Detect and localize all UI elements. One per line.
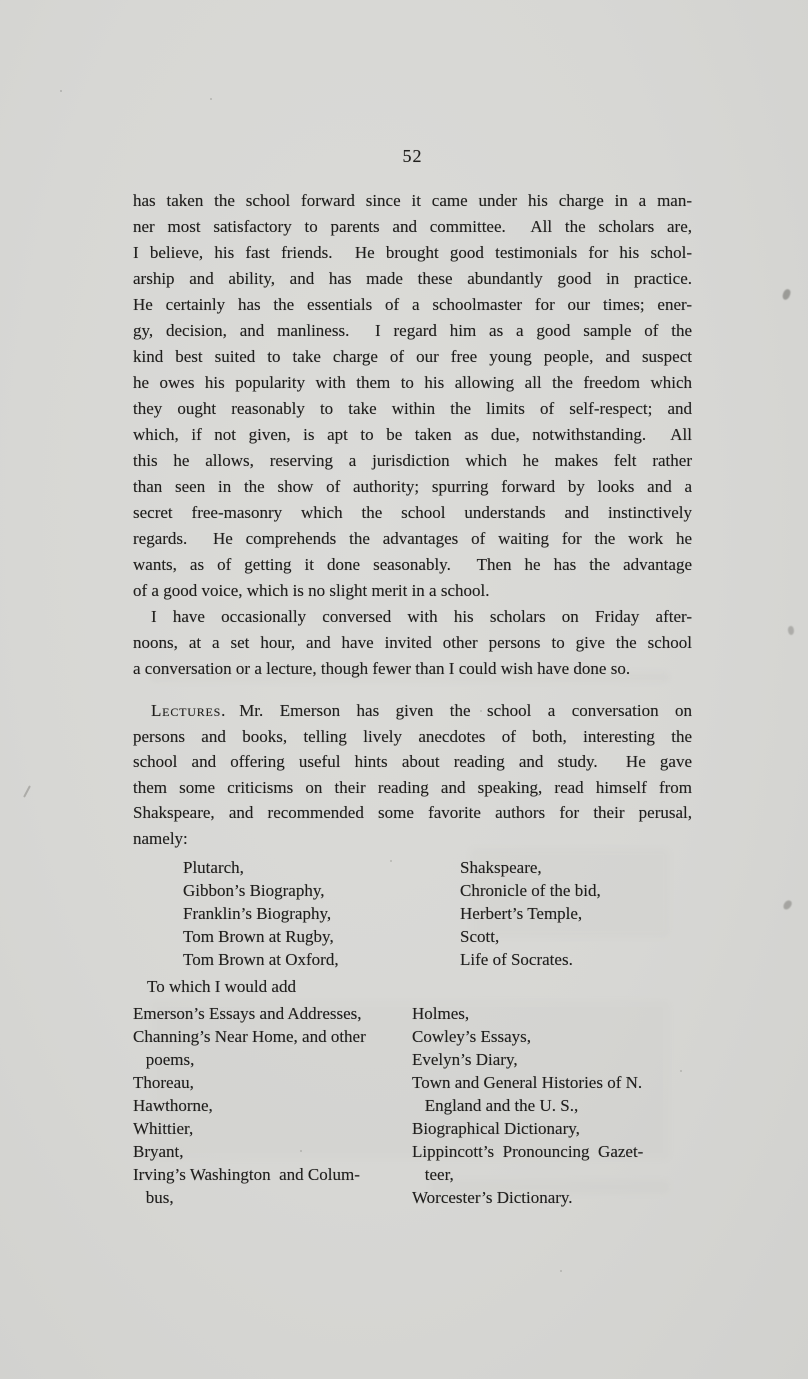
reading-list-right-item: Scott,	[460, 925, 692, 948]
reading-list-row: Emerson’s Essays and Addresses, Holmes,	[133, 1002, 692, 1025]
text-line: has taken the school forward since it ca…	[133, 188, 692, 214]
paper-dust-specks	[60, 90, 62, 92]
reading-list-right-item: teer,	[412, 1163, 692, 1186]
text-line: gy, decision, and manliness. I regard hi…	[133, 318, 692, 344]
reading-list-right-item: England and the U. S.,	[412, 1094, 692, 1117]
body-text-column: has taken the school forward since it ca…	[133, 188, 692, 1209]
reading-list-left-item: Hawthorne,	[133, 1094, 412, 1117]
reading-list-right-item: Life of Socrates.	[460, 948, 692, 971]
paragraph-continuation: has taken the school forward since it ca…	[133, 188, 692, 604]
text-line: than seen in the show of authority; spur…	[133, 474, 692, 500]
reading-list-left-item: Bryant,	[133, 1140, 412, 1163]
reading-list-left-item: Thoreau,	[133, 1071, 412, 1094]
reading-list-right-item: Biographical Dictionary,	[412, 1117, 692, 1140]
reading-list-right-item: Evelyn’s Diary,	[412, 1048, 692, 1071]
lectures-first-line-rest: Mr. Emerson has given the school a conve…	[239, 701, 692, 720]
scan-artifact	[787, 625, 795, 635]
reading-list-right-item: Cowley’s Essays,	[412, 1025, 692, 1048]
reading-list-left-item: poems,	[133, 1048, 412, 1071]
reading-list-left-item: Irving’s Washington and Colum-	[133, 1163, 412, 1186]
text-line: He certainly has the essentials of a sch…	[133, 292, 692, 318]
lectures-lines: persons and books, telling lively anecdo…	[133, 724, 692, 852]
reading-list-row: Gibbon’s Biography, Chronicle of the bid…	[183, 879, 692, 902]
text-line: arship and ability, and has made these a…	[133, 266, 692, 292]
reading-list-left-item: Gibbon’s Biography,	[183, 879, 460, 902]
text-line: kind best suited to take charge of our f…	[133, 344, 692, 370]
reading-list-right-item: Holmes,	[412, 1002, 692, 1025]
reading-list-row: Thoreau, Town and General Histories of N…	[133, 1071, 692, 1094]
text-line: them some criticisms on their reading an…	[133, 775, 692, 801]
reading-list-left-item: Franklin’s Biography,	[183, 902, 460, 925]
text-line: I have occasionally conversed with his s…	[133, 604, 692, 630]
reading-list-row: Irving’s Washington and Colum- teer,	[133, 1163, 692, 1186]
text-line: of a good voice, which is no slight meri…	[133, 578, 692, 604]
text-line: noons, at a set hour, and have invited o…	[133, 630, 692, 656]
reading-list-right-item: Lippincott’s Pronouncing Gazet-	[412, 1140, 692, 1163]
lectures-first-line: Lectures.Mr. Emerson has given the schoo…	[133, 698, 692, 724]
page-number: 52	[133, 146, 692, 167]
lectures-heading: Lectures.	[151, 701, 226, 720]
text-line: Shakspeare, and recommended some favorit…	[133, 800, 692, 826]
reading-list-row: Plutarch, Shakspeare,	[183, 856, 692, 879]
text-line: namely:	[133, 826, 692, 852]
text-line: they ought reasonably to take within the…	[133, 396, 692, 422]
reading-list-row: Franklin’s Biography, Herbert’s Temple,	[183, 902, 692, 925]
additional-reading-list: Emerson’s Essays and Addresses, Holmes, …	[133, 1002, 692, 1209]
paragraph-conversed: I have occasionally conversed with his s…	[133, 604, 692, 682]
scanned-book-page: 52 has taken the school forward since it…	[0, 0, 808, 1379]
reading-list-left-item: Tom Brown at Rugby,	[183, 925, 460, 948]
reading-list-row: Tom Brown at Rugby, Scott,	[183, 925, 692, 948]
text-line: which, if not given, is apt to be taken …	[133, 422, 692, 448]
reading-list-right-item: Town and General Histories of N.	[412, 1071, 692, 1094]
reading-list-row: Whittier, Biographical Dictionary,	[133, 1117, 692, 1140]
text-line: wants, as of getting it done seasonably.…	[133, 552, 692, 578]
text-line: persons and books, telling lively anecdo…	[133, 724, 692, 750]
reading-list-right-item: Herbert’s Temple,	[460, 902, 692, 925]
reading-list-row: Channing’s Near Home, and other Cowley’s…	[133, 1025, 692, 1048]
reading-list-left-item: Plutarch,	[183, 856, 460, 879]
reading-list-left-item: Channing’s Near Home, and other	[133, 1025, 412, 1048]
text-line: regards. He comprehends the advantages o…	[133, 526, 692, 552]
text-line: this he allows, reserving a jurisdiction…	[133, 448, 692, 474]
text-line: I believe, his fast friends. He brought …	[133, 240, 692, 266]
text-line: he owes his popularity with them to his …	[133, 370, 692, 396]
text-line: school and offering useful hints about r…	[133, 749, 692, 775]
reading-list-right-item: Worcester’s Dictionary.	[412, 1186, 692, 1209]
reading-list-row: bus, Worcester’s Dictionary.	[133, 1186, 692, 1209]
lectures-paragraph: Lectures.Mr. Emerson has given the schoo…	[133, 698, 692, 851]
reading-list-right-item: Shakspeare,	[460, 856, 692, 879]
reading-list-left-item: Emerson’s Essays and Addresses,	[133, 1002, 412, 1025]
text-line: secret free-masonry which the school und…	[133, 500, 692, 526]
text-line: ner most satisfactory to parents and com…	[133, 214, 692, 240]
reading-list-row: Hawthorne, England and the U. S.,	[133, 1094, 692, 1117]
scan-artifact	[782, 899, 793, 911]
reading-list-row: poems, Evelyn’s Diary,	[133, 1048, 692, 1071]
reading-list-left-item: Whittier,	[133, 1117, 412, 1140]
recommended-reading-list: Plutarch, Shakspeare, Gibbon’s Biography…	[133, 856, 692, 971]
reading-list-left-item: Tom Brown at Oxford,	[183, 948, 460, 971]
scan-artifact	[781, 288, 791, 301]
text-line: a conversation or a lecture, though fewe…	[133, 656, 692, 682]
scan-artifact	[23, 785, 31, 797]
reading-list-row: Bryant, Lippincott’s Pronouncing Gazet-	[133, 1140, 692, 1163]
to-which-line: To which I would add	[133, 975, 692, 999]
reading-list-row: Tom Brown at Oxford, Life of Socrates.	[183, 948, 692, 971]
reading-list-left-item: bus,	[133, 1186, 412, 1209]
reading-list-right-item: Chronicle of the bid,	[460, 879, 692, 902]
